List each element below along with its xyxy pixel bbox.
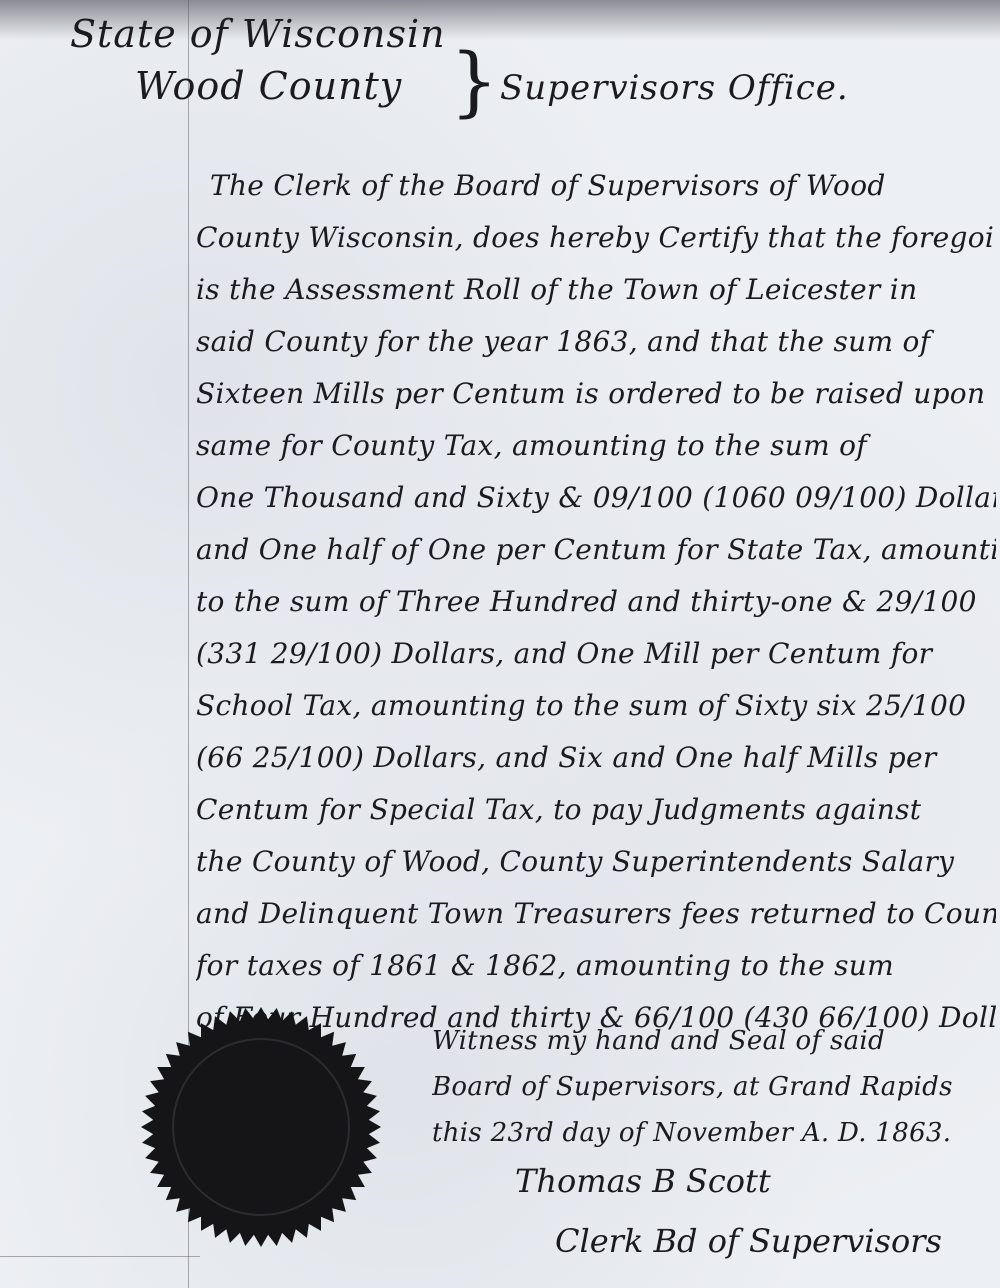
heading-state: State of Wisconsin (70, 12, 446, 56)
document-heading: State of Wisconsin Wood County } Supervi… (40, 6, 940, 136)
body-line: One Thousand and Sixty & 09/100 (1060 09… (196, 472, 996, 524)
body-line: County Wisconsin, does hereby Certify th… (196, 212, 996, 264)
body-line: said County for the year 1863, and that … (196, 316, 996, 368)
witness-line: Witness my hand and Seal of said (432, 1018, 1000, 1064)
body-line: Centum for Special Tax, to pay Judgments… (196, 784, 996, 836)
body-line: to the sum of Three Hundred and thirty-o… (196, 576, 996, 628)
certificate-body: The Clerk of the Board of Supervisors of… (196, 160, 996, 1044)
signature: Thomas B Scott (515, 1162, 771, 1200)
body-line: the County of Wood, County Superintenden… (196, 836, 996, 888)
bottom-rule (0, 1256, 200, 1257)
body-line: (66 25/100) Dollars, and Six and One hal… (196, 732, 996, 784)
body-line: is the Assessment Roll of the Town of Le… (196, 264, 996, 316)
body-line: for taxes of 1861 & 1862, amounting to t… (196, 940, 996, 992)
body-line: Sixteen Mills per Centum is ordered to b… (196, 368, 996, 420)
embossed-seal-icon (138, 1004, 384, 1250)
body-line: same for County Tax, amounting to the su… (196, 420, 996, 472)
witness-line: this 23rd day of November A. D. 1863. (432, 1110, 1000, 1156)
body-line: and One half of One per Centum for State… (196, 524, 996, 576)
witness-line: Board of Supervisors, at Grand Rapids (432, 1064, 1000, 1110)
brace-glyph: } (450, 36, 498, 125)
heading-county: Wood County (135, 64, 402, 108)
heading-office: Supervisors Office. (500, 68, 849, 108)
body-line: (331 29/100) Dollars, and One Mill per C… (196, 628, 996, 680)
body-line: The Clerk of the Board of Supervisors of… (196, 160, 996, 212)
witness-clause: Witness my hand and Seal of said Board o… (432, 1018, 1000, 1156)
body-line: and Delinquent Town Treasurers fees retu… (196, 888, 996, 940)
body-line: School Tax, amounting to the sum of Sixt… (196, 680, 996, 732)
signer-title: Clerk Bd of Supervisors (555, 1222, 942, 1260)
